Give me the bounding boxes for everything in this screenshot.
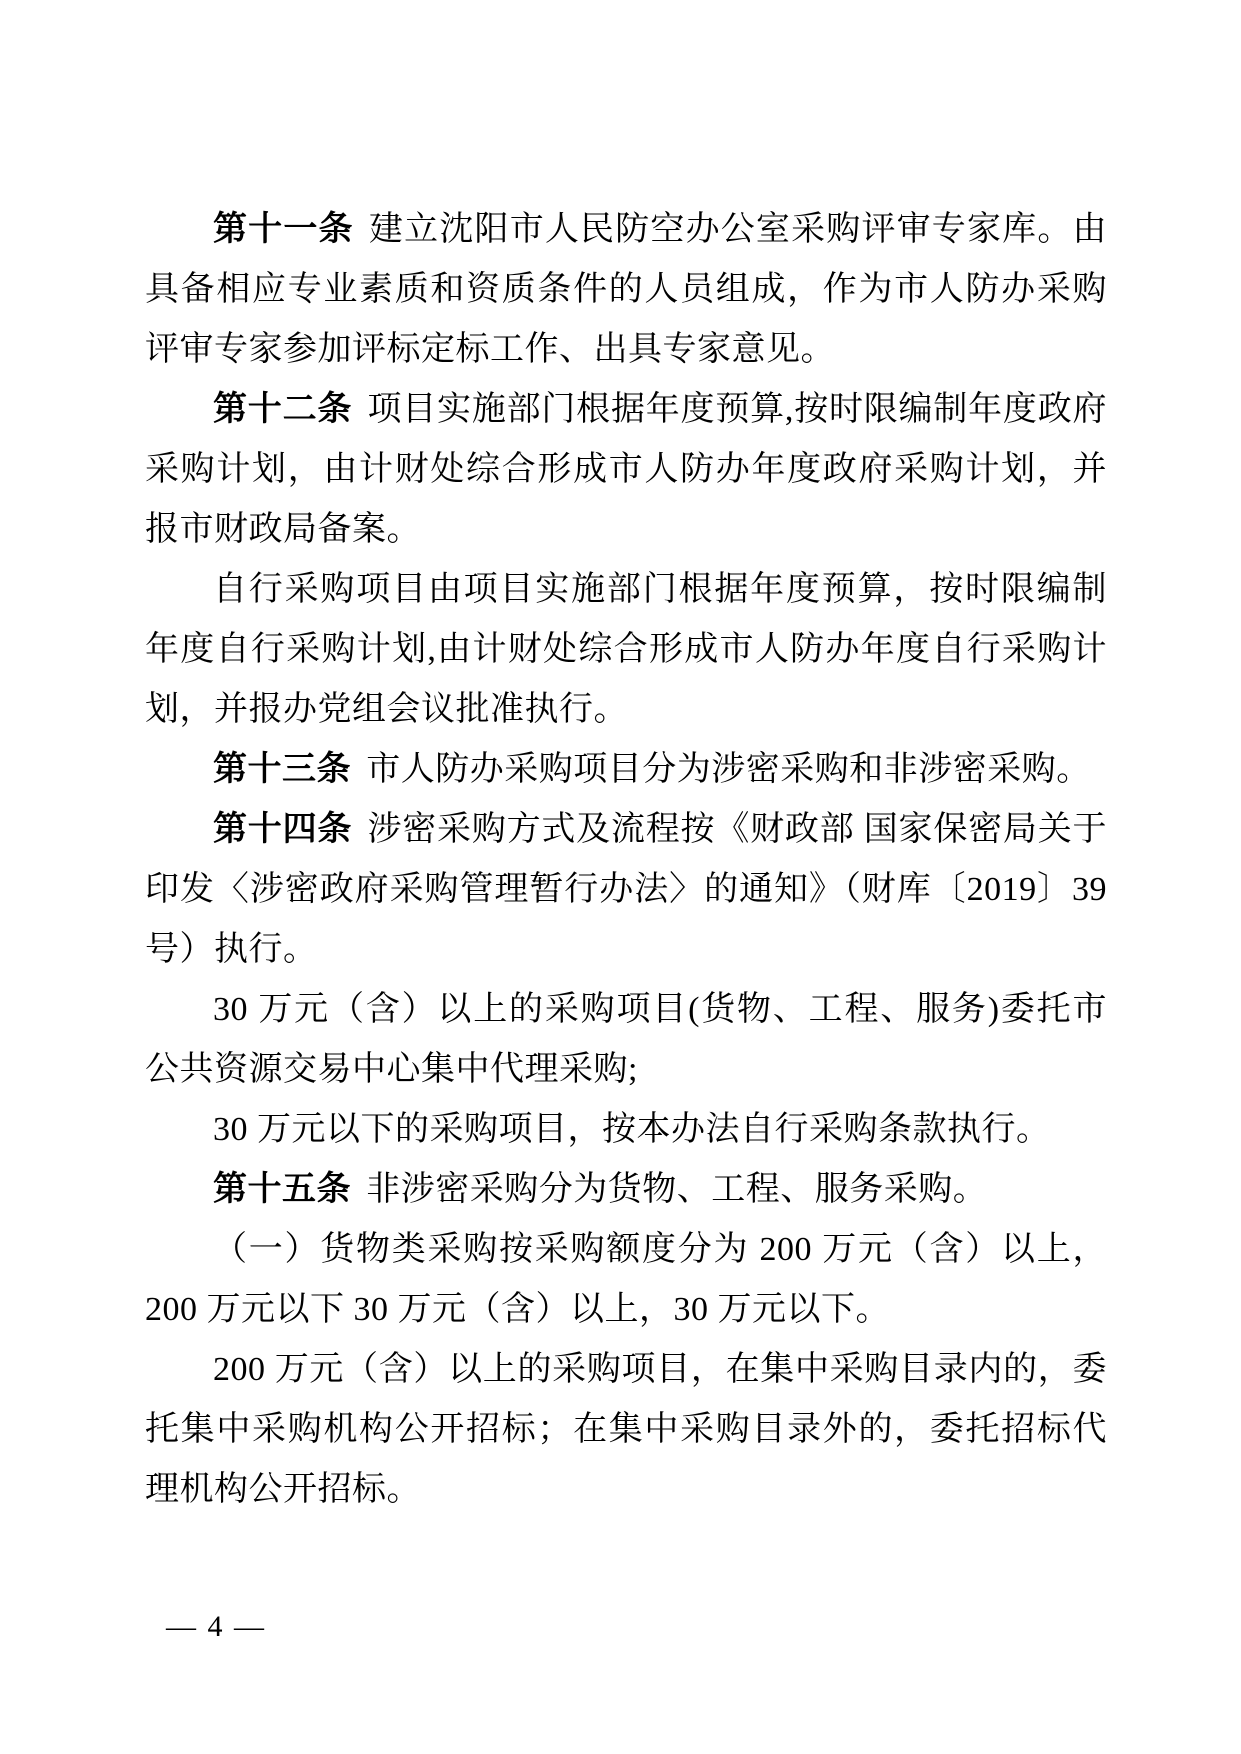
article-number: 第十四条	[213, 811, 352, 848]
paragraph: （一）货物类采购按采购额度分为 200 万元（含）以上，200 万元以下 30 …	[145, 1220, 1107, 1340]
paragraph: 第十一条建立沈阳市人民防空办公室采购评审专家库。由具备相应专业素质和资质条件的人…	[145, 200, 1107, 380]
paragraph-text: 非涉密采购分为货物、工程、服务采购。	[366, 1171, 987, 1208]
body-text: 第十一条建立沈阳市人民防空办公室采购评审专家库。由具备相应专业素质和资质条件的人…	[145, 200, 1107, 1520]
paragraph-text: 30 万元以下的采购项目，按本办法自行采购条款执行。	[213, 1111, 1051, 1148]
paragraph: 第十二条项目实施部门根据年度预算,按时限编制年度政府采购计划，由计财处综合形成市…	[145, 380, 1107, 560]
paragraph: 200 万元（含）以上的采购项目，在集中采购目录内的，委托集中采购机构公开招标；…	[145, 1340, 1107, 1520]
article-number: 第十三条	[213, 751, 351, 788]
paragraph: 30 万元（含）以上的采购项目(货物、工程、服务)委托市公共资源交易中心集中代理…	[145, 980, 1107, 1100]
paragraph: 30 万元以下的采购项目，按本办法自行采购条款执行。	[145, 1100, 1107, 1160]
article-number: 第十二条	[213, 391, 352, 428]
paragraph-text: 200 万元（含）以上的采购项目，在集中采购目录内的，委托集中采购机构公开招标；…	[145, 1351, 1107, 1508]
article-number: 第十五条	[213, 1171, 351, 1208]
paragraph-text: 30 万元（含）以上的采购项目(货物、工程、服务)委托市公共资源交易中心集中代理…	[145, 991, 1107, 1088]
paragraph-text: （一）货物类采购按采购额度分为 200 万元（含）以上，200 万元以下 30 …	[145, 1231, 1107, 1328]
paragraph-text: 自行采购项目由项目实施部门根据年度预算，按时限编制年度自行采购计划,由计财处综合…	[145, 571, 1107, 728]
article-number: 第十一条	[213, 211, 354, 248]
paragraph: 自行采购项目由项目实施部门根据年度预算，按时限编制年度自行采购计划,由计财处综合…	[145, 560, 1107, 740]
paragraph: 第十三条市人防办采购项目分为涉密采购和非涉密采购。	[145, 740, 1107, 800]
document-page: 第十一条建立沈阳市人民防空办公室采购评审专家库。由具备相应专业素质和资质条件的人…	[0, 0, 1241, 1754]
footer-page-number: — 4 —	[166, 1605, 266, 1649]
paragraph: 第十四条涉密采购方式及流程按《财政部 国家保密局关于印发〈涉密政府采购管理暂行办…	[145, 800, 1107, 980]
paragraph-text: 市人防办采购项目分为涉密采购和非涉密采购。	[366, 751, 1091, 788]
paragraph: 第十五条非涉密采购分为货物、工程、服务采购。	[145, 1160, 1107, 1220]
